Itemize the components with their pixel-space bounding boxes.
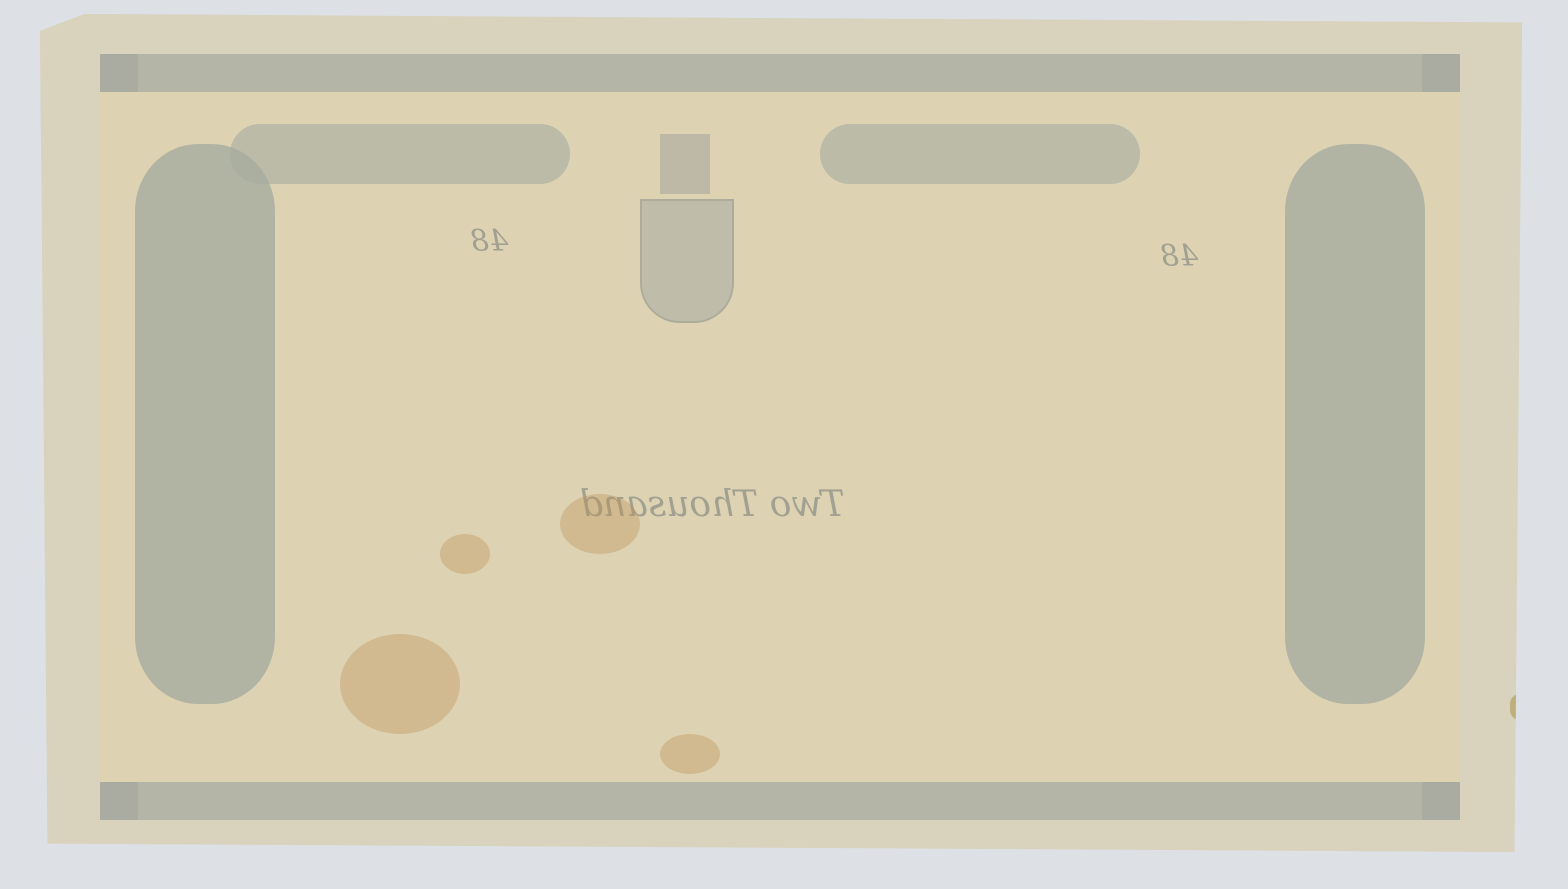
paper-tab (1510, 694, 1522, 720)
left-ornament (135, 144, 275, 704)
shield-emblem (640, 199, 734, 323)
stain (440, 534, 490, 574)
stain (660, 734, 720, 774)
right-ornament (1285, 144, 1425, 704)
stain (340, 634, 460, 734)
top-right-title-bar (820, 124, 1140, 184)
outer-border-top (100, 54, 1460, 92)
outer-border-bottom (100, 782, 1460, 820)
denomination-left: 48 (470, 224, 508, 259)
banknote: 48 48 Two Thousand (40, 14, 1522, 852)
crest-ornament (660, 134, 710, 194)
top-left-title-bar (230, 124, 570, 184)
denomination-right: 48 (1160, 239, 1198, 274)
stain (560, 494, 640, 554)
inner-panel (100, 92, 1460, 782)
